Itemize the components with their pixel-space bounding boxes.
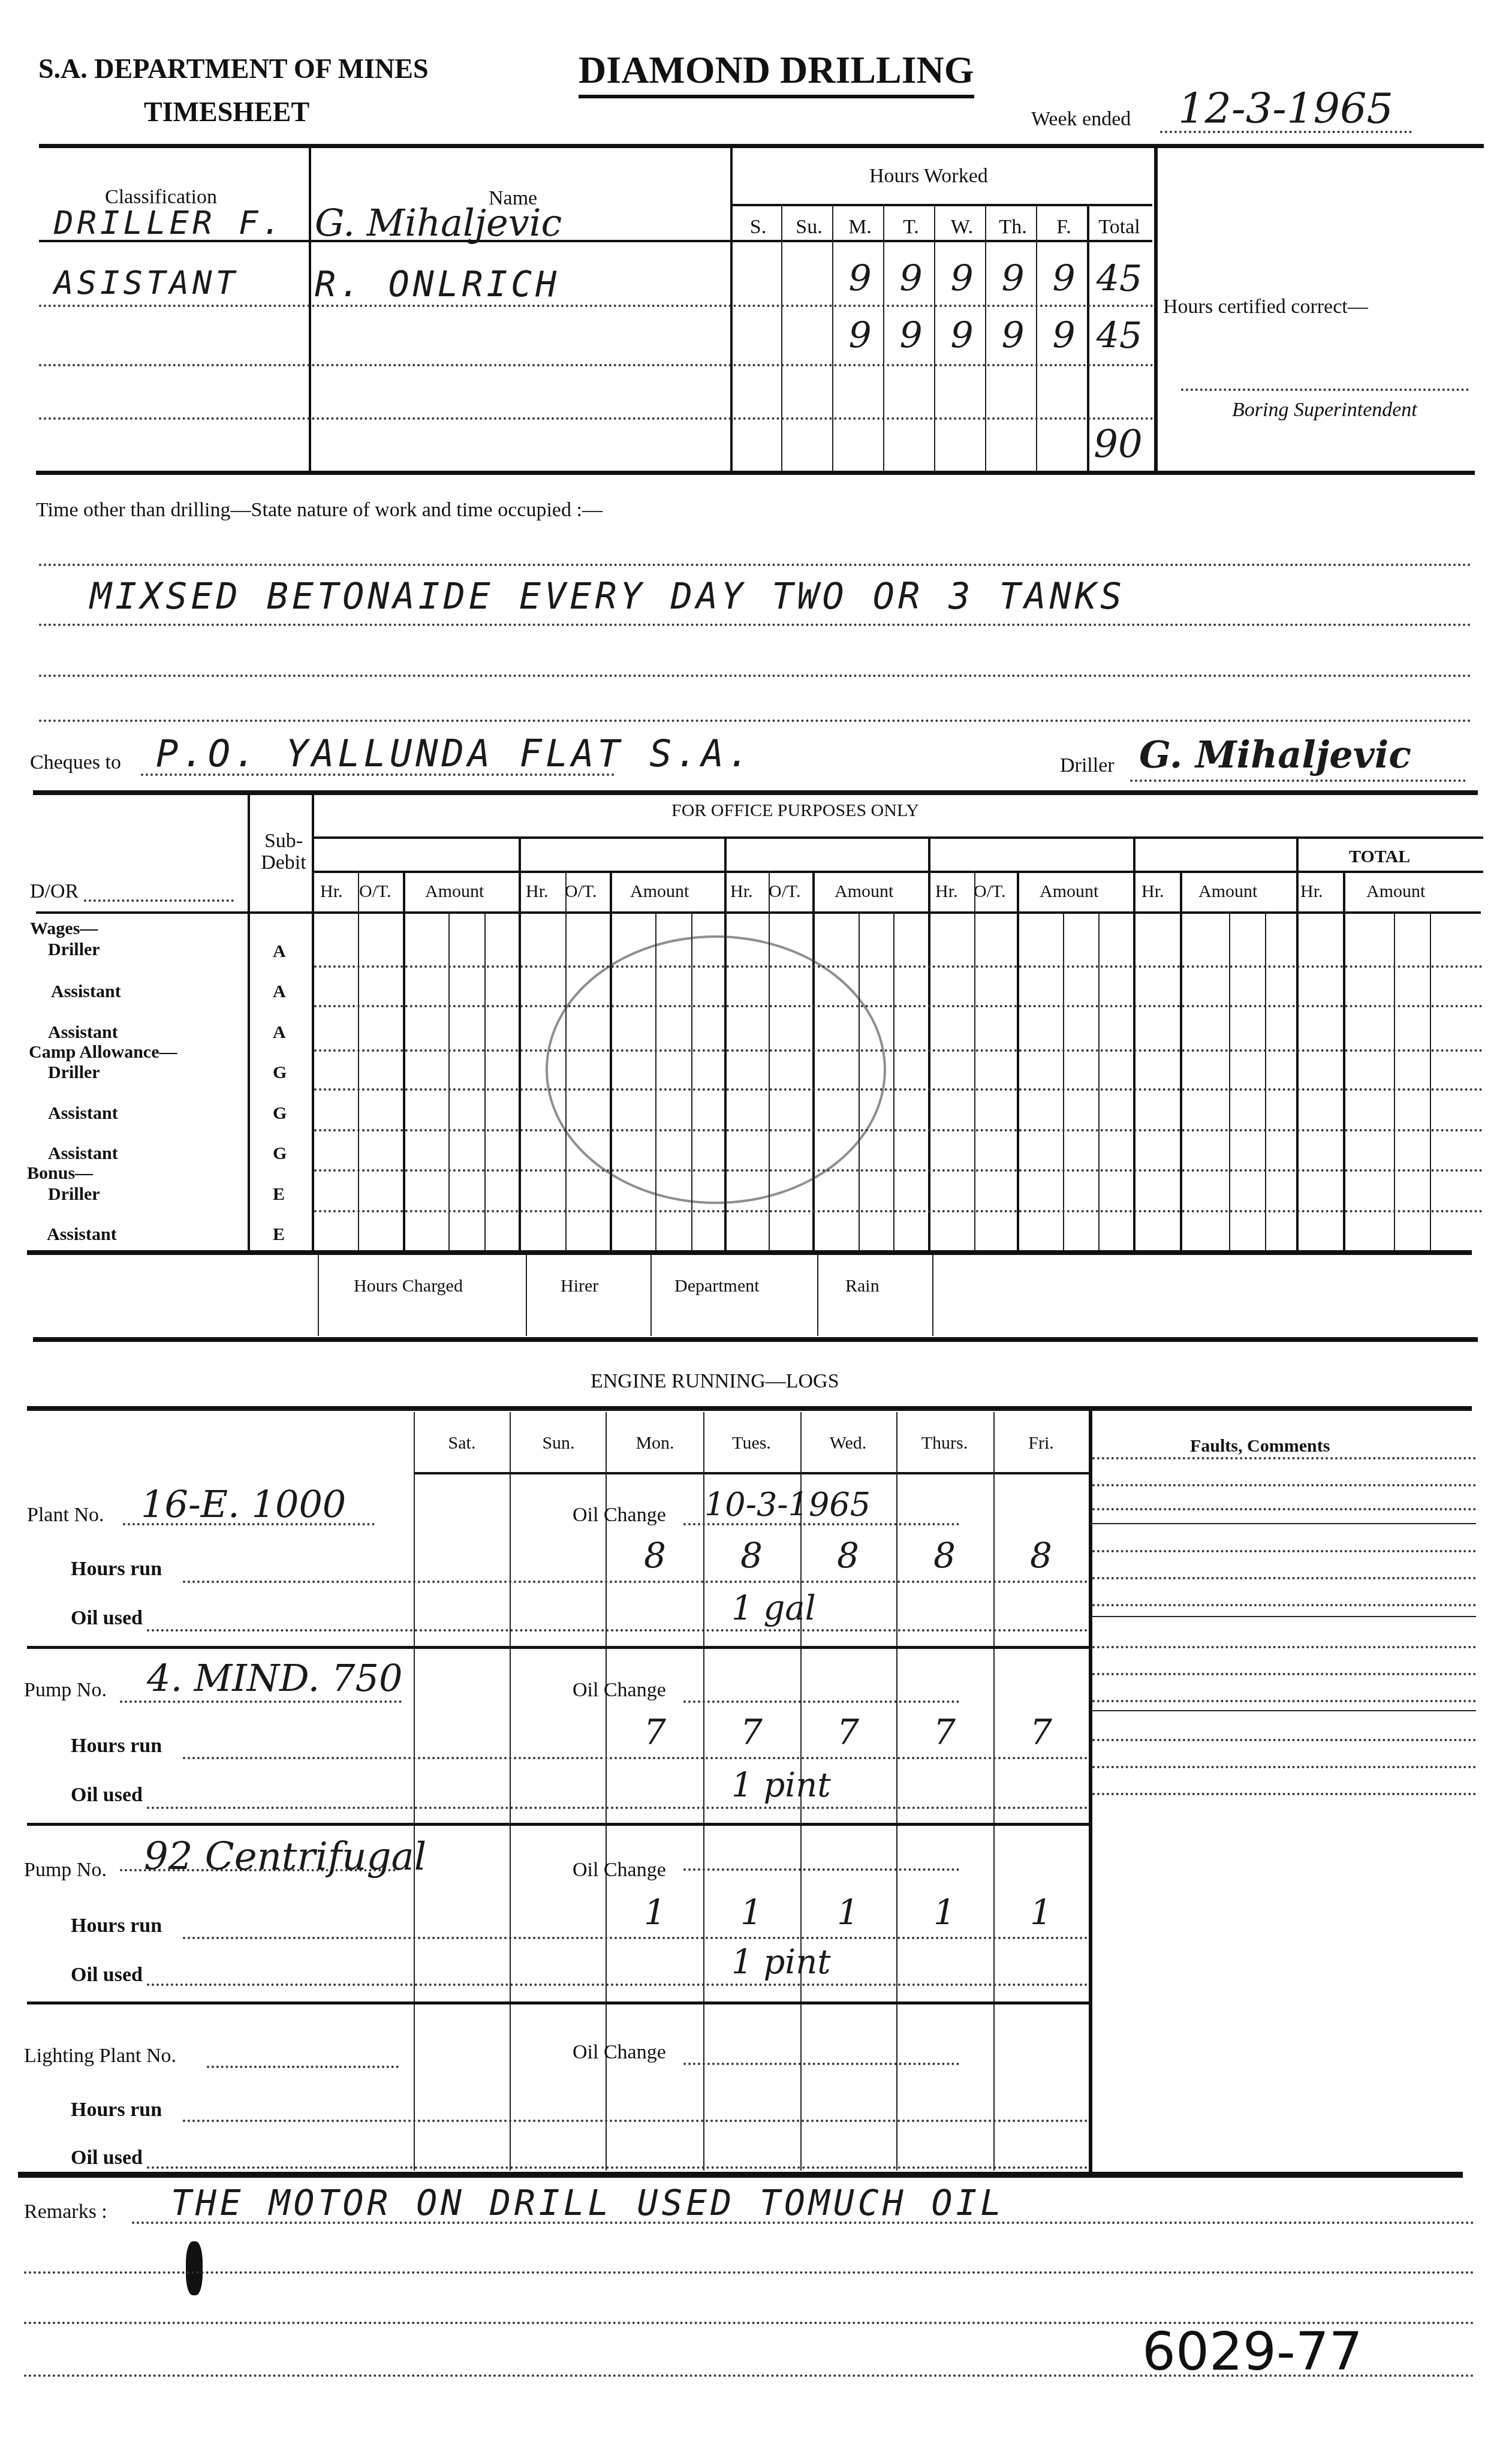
divider — [1180, 871, 1182, 1250]
line — [1092, 1793, 1476, 1795]
line — [1092, 1739, 1476, 1741]
driller-signature[interactable]: G. Mihaljevic — [1139, 733, 1411, 776]
day-header: Th. — [987, 216, 1038, 239]
divider — [358, 871, 359, 1250]
hours-run-cell[interactable]: 1 — [703, 1892, 800, 1933]
col-hr: Hr. — [730, 881, 753, 902]
hours-cell[interactable]: 9 — [936, 315, 987, 357]
divider — [36, 911, 1481, 914]
oil-change-label: Oil Change — [573, 1679, 666, 1702]
day-header: S. — [733, 216, 784, 239]
line — [1092, 1577, 1476, 1579]
engine-day-header: Tues. — [703, 1433, 800, 1453]
line — [1092, 1604, 1476, 1606]
col-hr: Hr. — [1300, 881, 1323, 902]
divider — [248, 794, 250, 1250]
remarks-label: Remarks : — [24, 2201, 107, 2223]
line — [1092, 1766, 1476, 1768]
hours-run-row: 1 1 1 1 1 — [414, 1892, 1091, 1933]
row-code: A — [273, 982, 286, 1002]
hours-worked-header: Hours Worked — [869, 165, 988, 188]
divider — [1154, 147, 1158, 471]
day-header-total: Total — [1089, 216, 1149, 239]
row-code: G — [273, 1063, 287, 1083]
divider — [733, 240, 1152, 242]
line — [1092, 1646, 1476, 1648]
hours-run-cell[interactable]: 8 — [800, 1535, 896, 1576]
plant-no-label: Plant No. — [27, 1504, 104, 1527]
hours-run-cell[interactable]: 8 — [703, 1535, 800, 1576]
line — [1092, 1550, 1476, 1552]
total-cell[interactable]: 45 — [1089, 315, 1149, 357]
row-code: A — [273, 1022, 286, 1043]
divider — [703, 1412, 704, 2171]
day-header: M. — [835, 216, 885, 239]
plant-no-value[interactable]: 16-E. 1000 — [141, 1482, 346, 1526]
divider — [312, 794, 314, 1250]
rain-label: Rain — [845, 1276, 880, 1296]
line — [683, 1700, 959, 1703]
line — [1092, 1673, 1476, 1675]
boring-superintendent-label: Boring Superintendent — [1232, 399, 1417, 422]
line — [1092, 1700, 1476, 1702]
hours-run-cell[interactable]: 7 — [703, 1712, 800, 1753]
row-label: Assistant — [48, 1022, 118, 1043]
oil-used-value[interactable]: 1 pint — [731, 1943, 831, 1982]
line — [147, 2166, 1088, 2169]
hours-run-cell[interactable]: 7 — [993, 1712, 1089, 1753]
row-code: G — [273, 1103, 287, 1124]
row-label: Assistant — [48, 1103, 118, 1124]
row-label: Driller — [48, 1184, 100, 1205]
line — [683, 1868, 959, 1871]
hours-run-cell[interactable] — [510, 1535, 607, 1576]
office-purposes-title: FOR OFFICE PURPOSES ONLY — [671, 800, 919, 821]
divider — [414, 1412, 415, 2171]
divider — [733, 204, 1152, 206]
col-hr: Hr. — [935, 881, 958, 902]
col-hr: Hr. — [320, 881, 343, 902]
divider — [1017, 871, 1019, 1250]
col-amount: Amount — [1198, 881, 1257, 902]
line — [314, 1210, 1483, 1212]
col-amount: Amount — [425, 881, 484, 902]
hours-run-label: Hours run — [71, 1915, 162, 1937]
line — [314, 1129, 1483, 1131]
row-label: Assistant — [47, 1224, 117, 1245]
col-amount: Amount — [1040, 881, 1098, 902]
row-label: Assistant — [48, 1143, 118, 1164]
hours-cell[interactable]: 9 — [936, 258, 987, 300]
total-cell[interactable]: 45 — [1089, 258, 1149, 300]
line — [683, 2063, 959, 2065]
hours-run-cell[interactable] — [414, 1712, 510, 1753]
engine-day-header: Sun. — [510, 1433, 607, 1453]
row-label: Driller — [48, 940, 100, 960]
hours-cell[interactable] — [733, 315, 784, 357]
col-hr: Hr. — [526, 881, 549, 902]
other-time-line-1[interactable]: MIXSED BETONAIDE EVERY DAY TWO OR 3 TANK… — [90, 576, 1125, 618]
cheques-to-value[interactable]: P.O. YALLUNDA FLAT S.A. — [156, 732, 754, 775]
divider — [1092, 1616, 1476, 1617]
hours-run-row: 8 8 8 8 8 — [414, 1535, 1091, 1576]
row-code: E — [273, 1224, 285, 1245]
pump-no-value[interactable]: 4. MIND. 750 — [147, 1656, 402, 1700]
hours-run-cell[interactable]: 7 — [896, 1712, 993, 1753]
divider — [1343, 871, 1345, 1250]
week-ended-value[interactable]: 12-3-1965 — [1178, 84, 1393, 133]
hours-cell[interactable] — [784, 258, 835, 300]
divider — [39, 417, 1154, 420]
office-column-headers: Hr. O/T. Amount Hr. O/T. Amount Hr. O/T.… — [314, 881, 1483, 905]
hours-run-cell[interactable] — [510, 1712, 607, 1753]
crew-hours-row: 9 9 9 9 9 45 — [733, 258, 1152, 300]
col-ot: O/T. — [565, 881, 597, 902]
row-group-camp-allowance: Camp Allowance— — [29, 1042, 177, 1063]
oil-used-label: Oil used — [71, 2147, 143, 2169]
divider — [1089, 1411, 1092, 2172]
day-header: Su. — [784, 216, 835, 239]
line — [120, 1700, 402, 1703]
day-header: T. — [885, 216, 936, 239]
total-header: TOTAL — [1349, 847, 1410, 867]
line — [39, 720, 1472, 722]
hours-certified-label: Hours certified correct— — [1163, 296, 1368, 318]
line — [183, 1757, 1088, 1759]
divider — [33, 1337, 1478, 1342]
row-label: Driller — [48, 1063, 100, 1083]
divider — [896, 1412, 897, 2171]
row-code: G — [273, 1143, 287, 1164]
office-stamp-mark — [546, 935, 886, 1204]
oil-used-value[interactable]: 1 gal — [731, 1589, 816, 1628]
oil-change-value[interactable]: 10-3-1965 — [704, 1486, 871, 1524]
divider — [1063, 911, 1064, 1250]
divider — [974, 871, 975, 1250]
lighting-plant-no-label: Lighting Plant No. — [24, 2045, 176, 2067]
hours-run-cell[interactable]: 8 — [607, 1535, 703, 1576]
hours-run-cell[interactable]: 1 — [800, 1892, 896, 1933]
divider — [1394, 911, 1395, 1250]
divider — [414, 1472, 1090, 1474]
pump-no-value[interactable]: 92 Centrifugal — [144, 1835, 426, 1879]
divider — [932, 1255, 933, 1336]
engine-day-header: Wed. — [800, 1433, 896, 1453]
engine-day-header: Thurs. — [896, 1433, 993, 1453]
divider — [510, 1412, 511, 2171]
col-amount: Amount — [630, 881, 689, 902]
faults-comments-label: Faults, Comments — [1190, 1436, 1330, 1456]
day-header: W. — [936, 216, 987, 239]
line — [1092, 1508, 1476, 1510]
row-label: Assistant — [51, 982, 121, 1002]
oil-used-label: Oil used — [71, 1784, 143, 1807]
hours-run-cell[interactable]: 8 — [993, 1535, 1089, 1576]
col-hr: Hr. — [1141, 881, 1164, 902]
engine-day-header: Fri. — [993, 1433, 1089, 1453]
line — [39, 675, 1472, 677]
oil-used-label: Oil used — [71, 1964, 143, 1987]
hours-run-cell[interactable]: 1 — [993, 1892, 1089, 1933]
hours-cell[interactable]: 9 — [835, 315, 885, 357]
line — [1130, 779, 1466, 782]
line — [84, 899, 234, 902]
hours-run-label: Hours run — [71, 2099, 162, 2121]
row-group-wages: Wages— — [30, 919, 98, 939]
hours-run-cell[interactable]: 7 — [800, 1712, 896, 1753]
col-ot: O/T. — [974, 881, 1006, 902]
divider — [18, 2172, 1463, 2178]
divider — [484, 911, 486, 1250]
line — [1092, 1457, 1476, 1459]
hours-cell[interactable] — [784, 315, 835, 357]
department-label: Department — [674, 1276, 760, 1296]
hours-run-cell[interactable]: 7 — [607, 1712, 703, 1753]
divider — [928, 836, 930, 1250]
divider — [1430, 911, 1431, 1250]
timesheet-title: TIMESHEET — [144, 96, 309, 128]
engine-logs-title: ENGINE RUNNING—LOGS — [591, 1370, 839, 1393]
divider — [36, 471, 1475, 475]
signature-line — [1181, 389, 1469, 391]
row-group-bonus: Bonus— — [27, 1163, 93, 1184]
divider — [730, 147, 733, 471]
divider — [314, 836, 1483, 839]
page-title: DIAMOND DRILLING — [579, 48, 974, 98]
hours-cell[interactable]: 9 — [987, 258, 1038, 300]
day-header: F. — [1038, 216, 1089, 239]
engine-day-headers: Sat. Sun. Mon. Tues. Wed. Thurs. Fri. — [414, 1433, 1091, 1453]
week-ended-label: Week ended — [1031, 108, 1131, 131]
divider — [27, 1646, 1091, 1649]
oil-used-label: Oil used — [71, 1607, 143, 1630]
line — [147, 1984, 1088, 1986]
oil-change-label: Oil Change — [573, 2041, 666, 2064]
name-cell[interactable]: G. Mihaljevic — [315, 201, 562, 245]
line — [314, 965, 1483, 968]
sub-debit-header: Sub-Debit — [257, 830, 311, 873]
department-title: S.A. DEPARTMENT OF MINES — [38, 53, 429, 85]
divider — [27, 1823, 1091, 1826]
pump-no-label: Pump No. — [24, 1679, 107, 1702]
line — [183, 1581, 1088, 1583]
divider — [314, 871, 1483, 873]
ink-blot — [186, 2241, 203, 2295]
col-amount: Amount — [1366, 881, 1425, 902]
divider — [403, 871, 405, 1250]
hirer-label: Hirer — [561, 1276, 598, 1296]
grand-total-cell[interactable]: 90 — [1088, 423, 1148, 467]
line — [183, 2120, 1088, 2122]
hours-run-label: Hours run — [71, 1558, 162, 1581]
oil-change-label: Oil Change — [573, 1859, 666, 1882]
remarks-line-1[interactable]: THE MOTOR ON DRILL USED TOMUCH OIL — [171, 2183, 1005, 2223]
hours-cell[interactable]: 9 — [885, 315, 936, 357]
divider — [1092, 1523, 1476, 1524]
hours-run-label: Hours run — [71, 1735, 162, 1757]
hours-cell[interactable]: 9 — [835, 258, 885, 300]
line — [314, 1005, 1483, 1007]
divider — [1265, 911, 1266, 1250]
divider — [39, 305, 1154, 307]
divider — [1092, 1710, 1476, 1711]
hours-run-cell[interactable] — [510, 1892, 607, 1933]
hours-run-row: 7 7 7 7 7 — [414, 1712, 1091, 1753]
line — [207, 2066, 399, 2068]
row-code: E — [273, 1184, 285, 1205]
reference-number: 6029-77 — [1142, 2320, 1363, 2382]
crew-hours-row: 9 9 9 9 9 45 — [733, 315, 1152, 357]
divider — [27, 1406, 1472, 1411]
divider — [1229, 911, 1230, 1250]
engine-day-header: Sat. — [414, 1433, 510, 1453]
hours-run-cell[interactable] — [414, 1535, 510, 1576]
divider — [817, 1255, 818, 1336]
hours-run-cell[interactable]: 1 — [896, 1892, 993, 1933]
col-ot: O/T. — [769, 881, 801, 902]
cheques-to-label: Cheques to — [30, 751, 121, 774]
divider — [309, 147, 311, 471]
pump-no-label: Pump No. — [24, 1859, 107, 1882]
hours-run-cell[interactable]: 8 — [896, 1535, 993, 1576]
divider — [526, 1255, 527, 1336]
line — [39, 564, 1472, 566]
line — [24, 2271, 1475, 2274]
divider — [893, 911, 894, 1250]
col-amount: Amount — [835, 881, 893, 902]
dor-label: D/OR — [30, 880, 79, 903]
classification-cell[interactable]: DRILLER F. — [54, 204, 285, 242]
divider — [1296, 836, 1299, 1250]
line — [183, 1937, 1088, 1939]
line — [1092, 1484, 1476, 1486]
divider — [519, 836, 521, 1250]
line — [39, 624, 1472, 626]
divider — [318, 1255, 319, 1336]
day-header-row: S. Su. M. T. W. Th. F. Total — [733, 216, 1152, 239]
divider — [27, 2001, 1091, 2004]
other-time-label: Time other than drilling—State nature of… — [36, 499, 603, 522]
hours-cell[interactable]: 9 — [987, 315, 1038, 357]
divider — [448, 911, 450, 1250]
row-code: A — [273, 941, 286, 962]
line — [147, 1807, 1088, 1809]
name-cell[interactable]: R. ONLRICH — [315, 264, 560, 305]
divider — [650, 1255, 652, 1336]
divider — [39, 144, 1484, 148]
divider — [1133, 836, 1135, 1250]
line — [314, 1088, 1483, 1091]
divider — [39, 364, 1154, 366]
divider — [993, 1412, 995, 2171]
oil-change-label: Oil Change — [573, 1504, 666, 1527]
line — [314, 1049, 1483, 1052]
engine-day-header: Mon. — [607, 1433, 703, 1453]
hours-run-cell[interactable]: 1 — [607, 1892, 703, 1933]
hours-cell[interactable]: 9 — [1038, 258, 1089, 300]
hours-run-cell[interactable] — [414, 1892, 510, 1933]
divider — [27, 1250, 1472, 1255]
hours-cell[interactable]: 9 — [885, 258, 936, 300]
driller-label: Driller — [1060, 754, 1115, 777]
hours-charged-label: Hours Charged — [354, 1276, 463, 1296]
hours-cell[interactable] — [733, 258, 784, 300]
classification-cell[interactable]: ASISTANT — [54, 264, 239, 302]
line — [314, 1169, 1483, 1172]
line — [147, 1629, 1088, 1632]
divider — [1098, 911, 1100, 1250]
hours-cell[interactable]: 9 — [1038, 315, 1089, 357]
oil-used-value[interactable]: 1 pint — [731, 1766, 831, 1805]
col-ot: O/T. — [359, 881, 391, 902]
line — [24, 2374, 1475, 2377]
